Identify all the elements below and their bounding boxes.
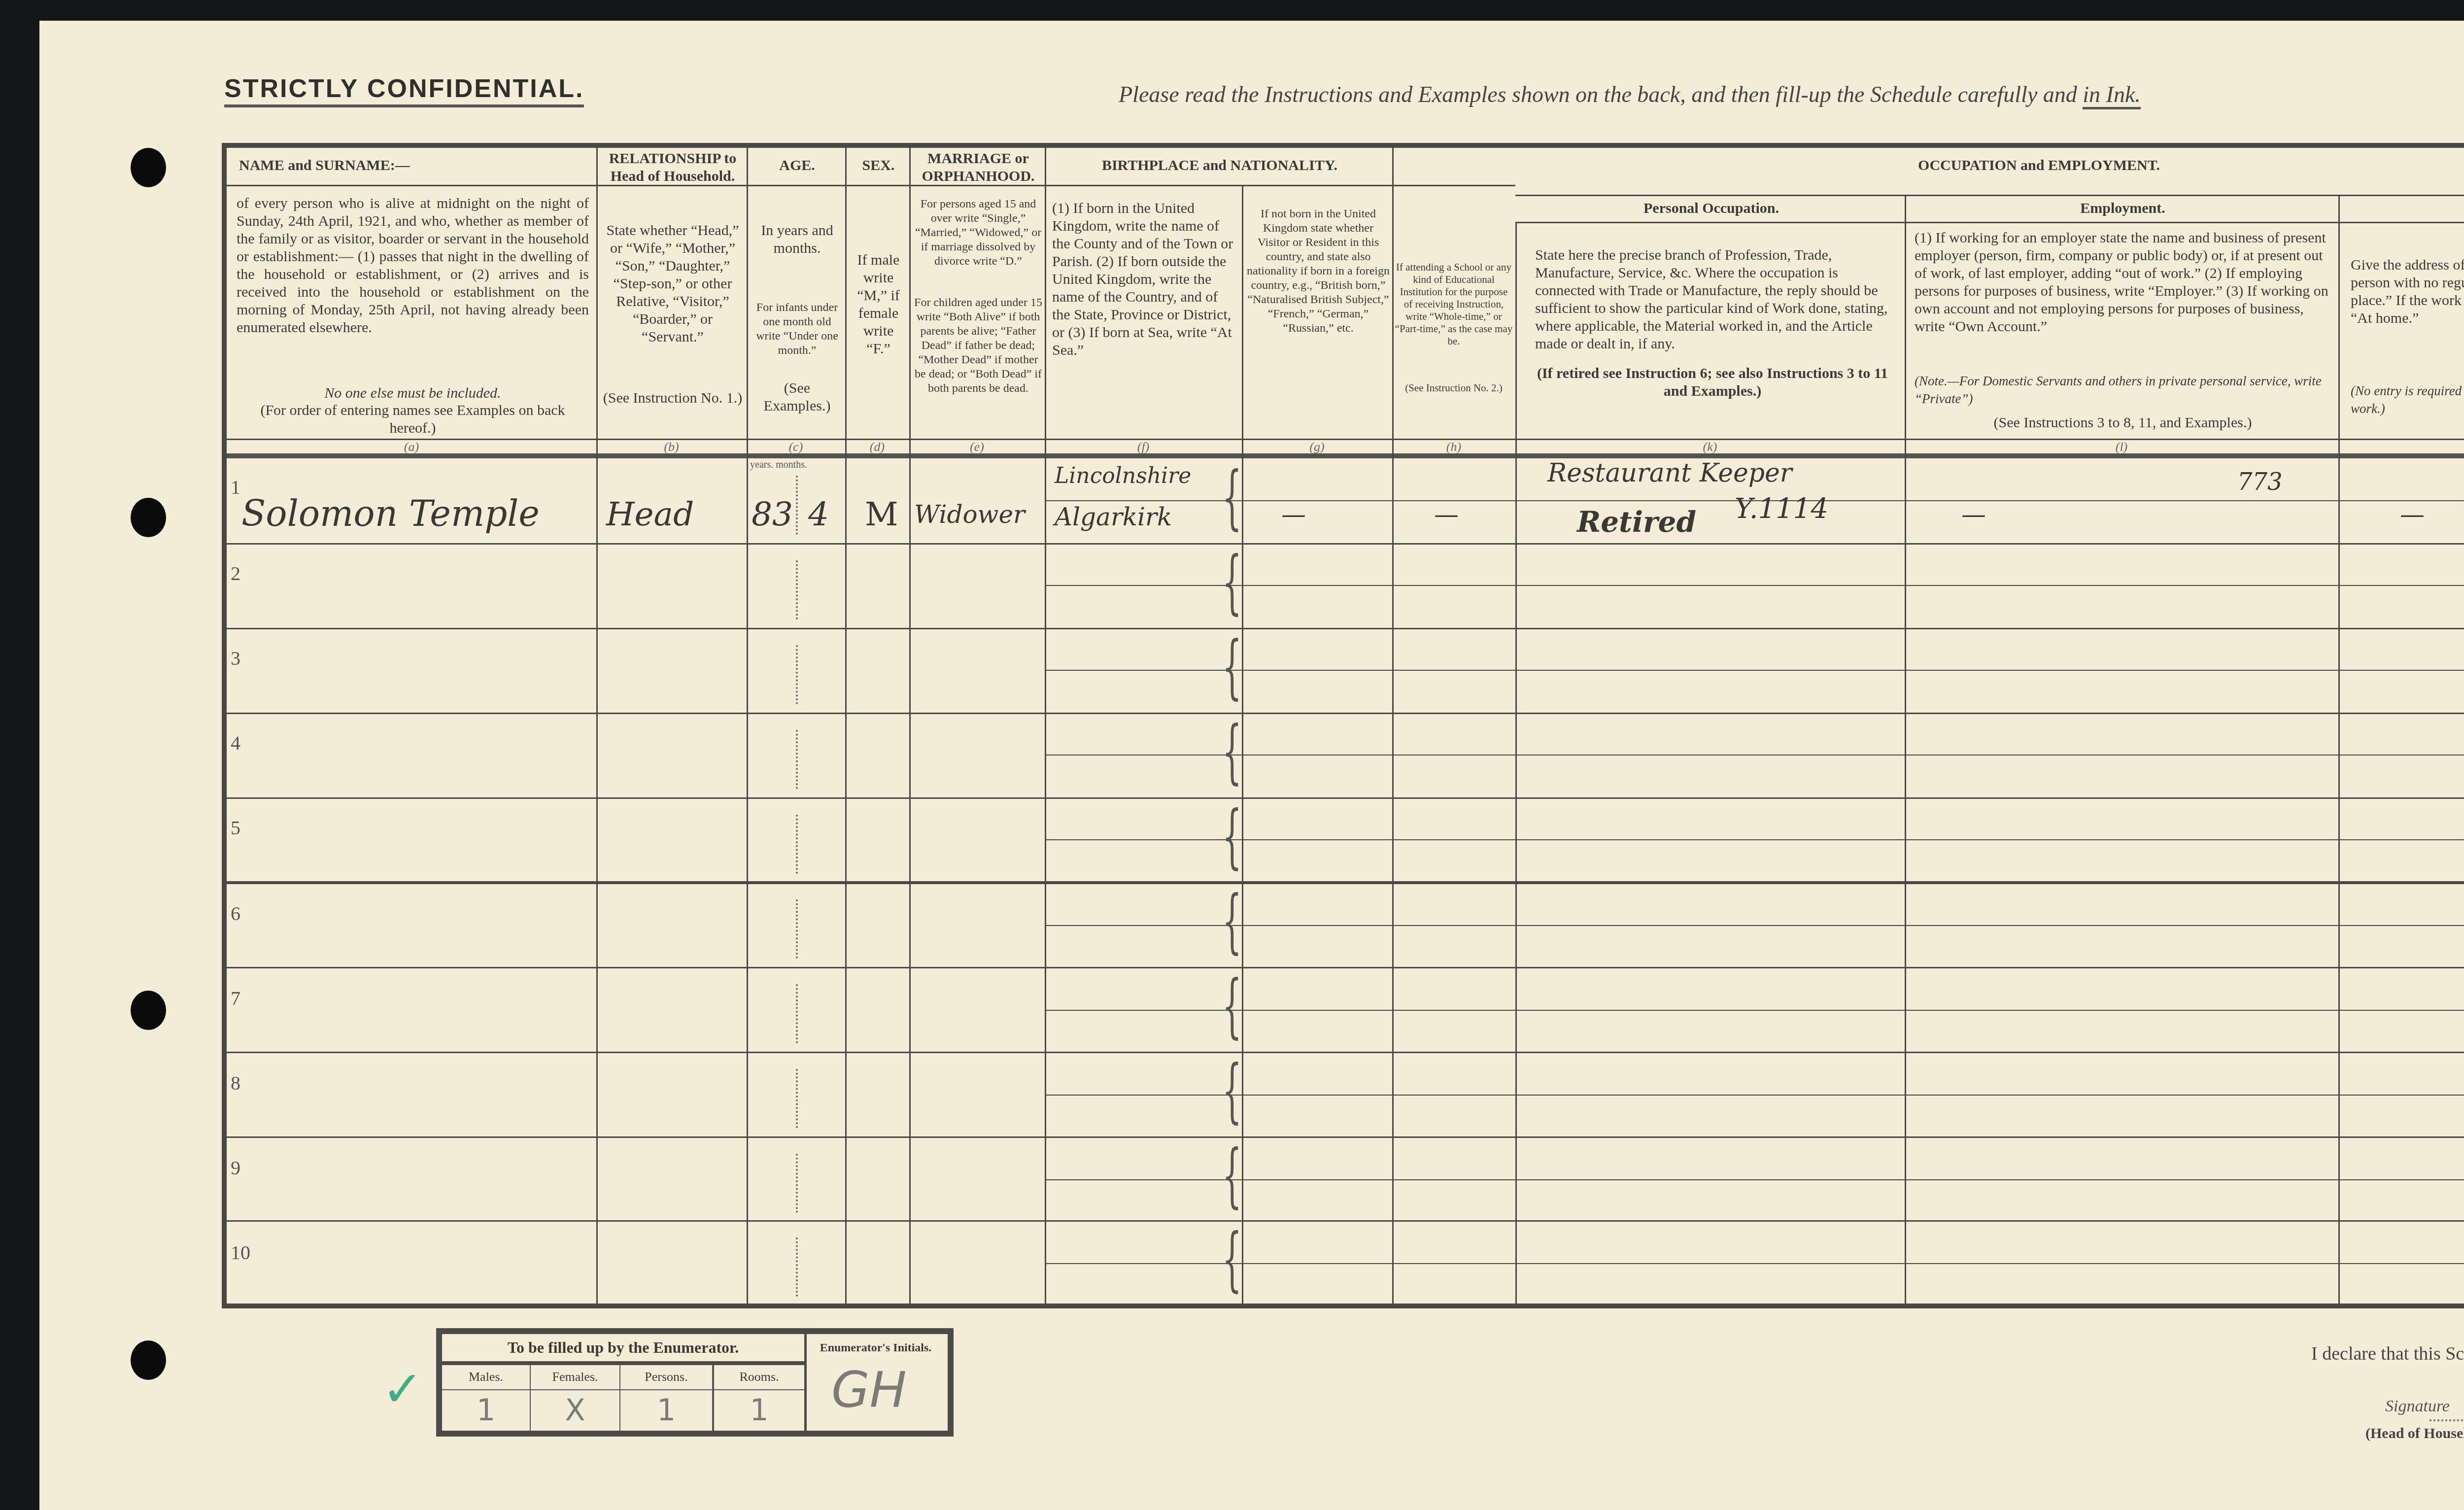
col-line <box>596 148 598 1304</box>
birthplace-county: Lincolnshire <box>1055 463 1191 488</box>
row-number: 3 <box>231 647 240 670</box>
col-line <box>1392 148 1394 1304</box>
row-number: 9 <box>231 1156 240 1179</box>
punch-hole <box>131 148 166 187</box>
declaration-text: I declare that this Schedule is correctl… <box>2311 1343 2464 1365</box>
row-number: 10 <box>231 1241 250 1264</box>
age-months: 4 <box>808 495 829 533</box>
females-count: X <box>531 1393 619 1428</box>
education: — <box>1434 500 1459 529</box>
relationship: Head <box>606 495 694 533</box>
punch-hole <box>131 1340 166 1380</box>
birthplace-town: Algarkirk <box>1055 503 1172 531</box>
sex: M <box>865 495 898 533</box>
signature-line <box>2430 1419 2464 1421</box>
occupation-status: Retired <box>1577 505 1696 539</box>
divider <box>1905 222 2464 223</box>
check-mark-icon: ✓ <box>382 1360 423 1418</box>
enumerator-initials: GH <box>831 1361 907 1419</box>
scan-left-edge <box>0 0 39 1510</box>
row-number: 7 <box>231 987 240 1010</box>
col-line <box>1515 222 1517 1304</box>
top-instruction: Please read the Instructions and Example… <box>1119 81 2141 107</box>
punch-hole <box>131 991 166 1030</box>
col-line <box>909 148 911 1304</box>
divider <box>1515 222 1905 223</box>
col-line <box>1242 185 1243 1304</box>
divider <box>1045 185 1515 186</box>
employment: — <box>1961 500 2006 529</box>
row-number: 2 <box>231 562 240 585</box>
signature-label: Signature <box>2385 1397 2450 1416</box>
row-number: 1 <box>231 476 240 499</box>
place-of-work: — <box>2400 500 2444 529</box>
marital-status: Widower <box>914 500 1025 529</box>
person-name: Solomon Temple <box>241 493 540 534</box>
occupation-code: Y.1114 <box>1735 493 1828 525</box>
punch-hole <box>131 498 166 537</box>
signature-caption: (Head of Household, Manager of Establish… <box>2365 1425 2464 1442</box>
row-number: 4 <box>231 731 240 755</box>
occupation: Restaurant Keeper <box>1547 458 1792 488</box>
persons-count: 1 <box>620 1393 712 1428</box>
confidential-title: STRICTLY CONFIDENTIAL. <box>224 74 584 107</box>
household-schedule-table: NAME and SURNAME:— of every person who i… <box>222 143 2464 1308</box>
col-line <box>1045 148 1046 1304</box>
scan-top-edge <box>0 0 2464 22</box>
row-number: 6 <box>231 902 240 925</box>
row-number: 5 <box>231 816 240 839</box>
age-years: 83 <box>752 495 793 533</box>
col-line <box>845 148 847 1304</box>
males-count: 1 <box>442 1393 530 1428</box>
row-number: 8 <box>231 1071 240 1095</box>
employment-code: 773 <box>2237 468 2283 496</box>
enumerator-tally-box: To be filled up by the Enumerator. Enume… <box>436 1328 954 1437</box>
divider <box>1515 195 2464 196</box>
rooms-count: 1 <box>714 1393 804 1428</box>
nationality: — <box>1281 500 1306 529</box>
col-line <box>747 148 748 1304</box>
